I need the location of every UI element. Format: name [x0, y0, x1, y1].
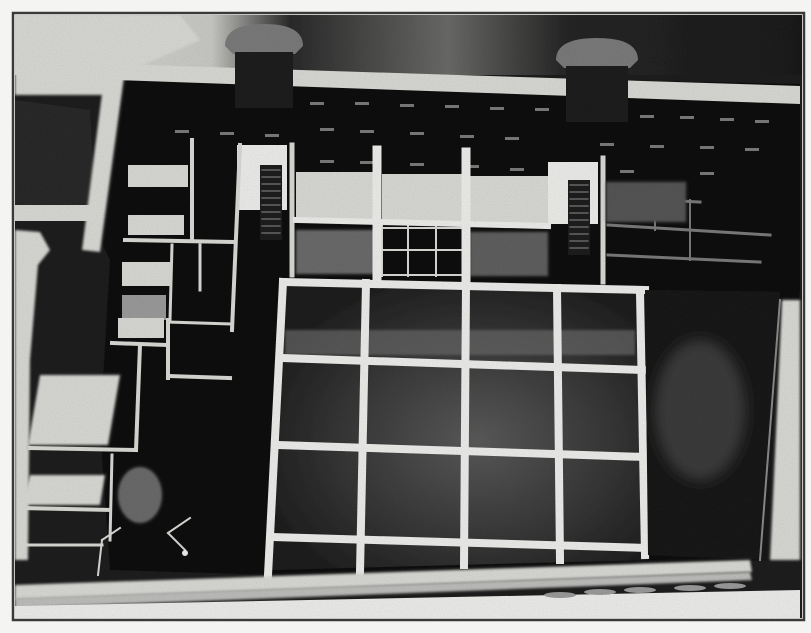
lower-left-wall	[22, 508, 110, 510]
window-slit	[745, 148, 759, 151]
left-wing-wall	[168, 322, 230, 324]
window-slit	[320, 128, 334, 131]
window-slit	[355, 102, 369, 105]
upper-bay-2	[382, 174, 464, 222]
upper-bay-1	[296, 172, 376, 222]
window-slit	[360, 130, 374, 133]
window-slit	[310, 102, 324, 105]
rubble-mark	[584, 589, 616, 595]
rubble-mark	[624, 587, 656, 593]
window-slit	[510, 168, 524, 171]
window-slit	[620, 170, 634, 173]
courtyard-pier	[557, 288, 560, 560]
window-slit	[700, 172, 714, 175]
window-slit	[220, 132, 234, 135]
window-slit	[460, 135, 474, 138]
upper-bay-3	[470, 176, 548, 224]
rubble-mark	[674, 585, 706, 591]
rubble-mark	[544, 592, 576, 598]
courtyard-reflection	[285, 330, 635, 355]
window-slit	[410, 132, 424, 135]
right-stair-flight	[568, 180, 590, 255]
lower-left-pale-room-2	[22, 475, 105, 505]
architectural-model-photo	[0, 0, 811, 633]
courtyard-pier	[640, 292, 645, 555]
window-slit	[700, 146, 714, 149]
lower-left-wall	[110, 455, 112, 540]
window-slit	[360, 161, 374, 164]
window-slit	[505, 137, 519, 140]
left-wing-room	[122, 262, 170, 286]
left-wing-wall	[125, 240, 232, 242]
right-court-shade	[655, 340, 745, 480]
window-slit	[410, 163, 424, 166]
window-slit	[400, 104, 414, 107]
window-slit	[720, 118, 734, 121]
window-slit	[640, 115, 654, 118]
lower-left-wall	[30, 448, 136, 450]
courtyard-grid	[268, 282, 648, 575]
left-wing-wall	[168, 376, 230, 378]
window-slit	[535, 108, 549, 111]
window-slit	[755, 120, 769, 123]
window-slit	[320, 160, 334, 163]
lower-left-shadow-patch	[118, 467, 162, 523]
left-stair-flight	[260, 165, 282, 240]
window-slit	[265, 134, 279, 137]
right-stair-tower-body	[566, 66, 628, 122]
left-stair-tower-body	[235, 52, 293, 108]
window-slit	[490, 107, 504, 110]
right-upper-bay	[606, 182, 686, 222]
left-wing-wall	[170, 245, 172, 320]
rubble-mark	[714, 583, 746, 589]
left-wing-room	[122, 295, 166, 320]
window-slit	[600, 143, 614, 146]
courtyard-floor	[268, 282, 648, 570]
upper-lower-bay-1	[296, 230, 376, 274]
window-slit	[445, 105, 459, 108]
upper-lower-bay-3	[470, 232, 548, 276]
courtyard-pier	[464, 285, 466, 565]
window-slit	[680, 116, 694, 119]
window-slit	[650, 145, 664, 148]
lower-left-pale-room	[28, 375, 120, 445]
left-wing-room	[128, 165, 188, 187]
left-wing-room	[128, 215, 184, 235]
photo-canvas	[0, 0, 811, 633]
left-dark-ground	[15, 100, 95, 205]
strut-node	[182, 550, 188, 556]
window-slit	[175, 130, 189, 133]
left-wing-room	[118, 318, 164, 338]
